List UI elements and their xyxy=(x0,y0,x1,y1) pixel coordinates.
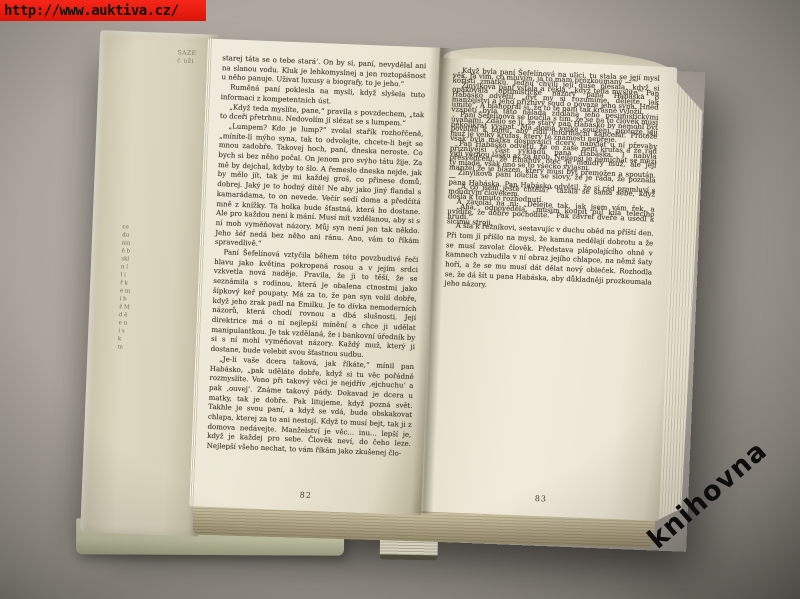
flap-blurb-fragments: ceduaině bskln íl iř ké mí bž Md ěe ní s… xyxy=(117,223,176,353)
right-page: věk. Já vím, co mluvím, já to mám prozko… xyxy=(421,58,677,521)
paragraph: Paní Šefelínová vztyčila během této povz… xyxy=(210,248,418,363)
paragraph: „Lumpem? Kdo je lump?“ zvolal stařík roz… xyxy=(215,122,424,256)
url-banner-text: http://www.auktiva.cz/ xyxy=(4,3,178,19)
flap-fragment-line: m xyxy=(117,343,171,353)
right-page-number: 83 xyxy=(422,489,660,508)
right-page-text-lower: Když byla paní Šefelínová na ulici, tu s… xyxy=(430,58,677,299)
open-book: SAZE č uži ceduaině bskln íl iř ké mí bž… xyxy=(79,22,718,574)
flap-top-text-fragment: SAZE č uži xyxy=(177,49,197,66)
left-page-text: starej táta se o tebe stará‘. On by si, … xyxy=(192,38,440,460)
photo-background: SAZE č uži ceduaině bskln íl iř ké mí bž… xyxy=(0,0,800,599)
url-banner: http://www.auktiva.cz/ xyxy=(0,0,206,21)
paragraph: Když byla paní Šefelínová na ulici, tu s… xyxy=(449,66,661,191)
left-page: starej táta se o tebe stará‘. On by si, … xyxy=(189,38,440,515)
paragraph: „Je-li vaše dcera taková, jak říkáte,“ m… xyxy=(207,355,415,460)
paragraph: A šla k řezníkovi, sestavujíc v duchu ob… xyxy=(444,221,654,297)
left-page-number: 82 xyxy=(190,486,422,504)
